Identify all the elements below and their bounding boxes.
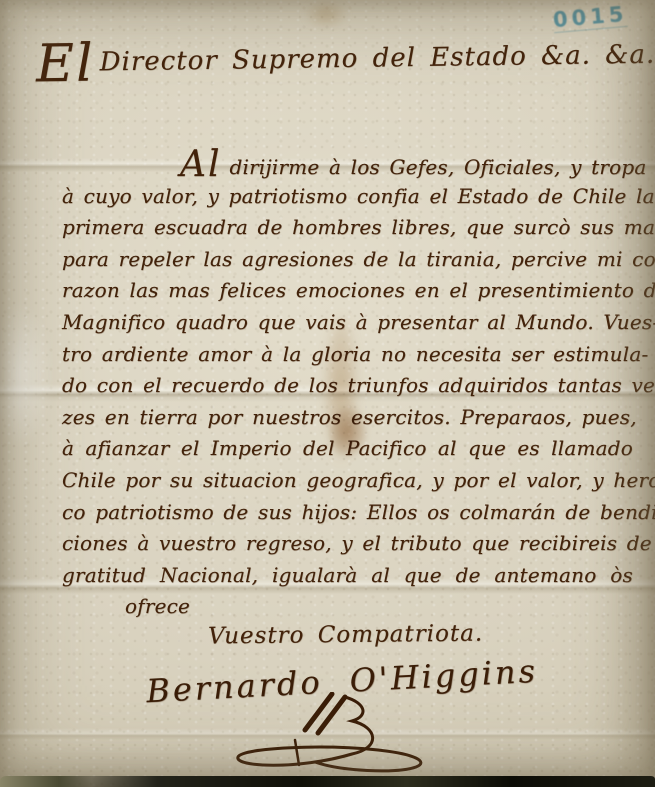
body-line-12: co patriotismo de sus hijos: Ellos os co…	[62, 497, 633, 529]
body-line-4: para repeler las agresiones de la tirani…	[62, 244, 633, 276]
archive-stamp-number: 0015	[552, 2, 628, 33]
body-line-2: à cuyo valor, y patriotismo confia el Es…	[62, 181, 633, 213]
body-line-13: ciones à vuestro regreso, y el tributo q…	[62, 528, 633, 560]
signature-rubric	[228, 692, 440, 778]
salutation-initial-word: Al	[180, 144, 222, 185]
body-line-15: ofrece	[62, 591, 633, 623]
title-text: Director Supremo del Estado &a. &a.	[99, 40, 655, 78]
closing-salutation: Vuestro Compatriota.	[208, 621, 483, 650]
body-line-5: razon las mas felices emociones en el pr…	[62, 275, 633, 307]
body-line-3: primera escuadra de hombres libres, que …	[62, 212, 633, 244]
body-line-6: Magnifico quadro que vais à presentar al…	[62, 307, 633, 339]
document-title: El Director Supremo del Estado &a. &a.	[36, 30, 655, 91]
letter-body: Aldirijirme à los Gefes, Oficiales, y tr…	[62, 149, 633, 623]
body-line-9: zes en tierra por nuestros esercitos. Pr…	[62, 402, 633, 434]
body-line-7: tro ardiente amor à la gloria no necesit…	[62, 339, 633, 371]
title-initial-letter: El	[36, 34, 95, 95]
body-line-14: gratitud Nacional, igualarà al que de an…	[62, 560, 633, 592]
body-line-1-text: dirijirme à los Gefes, Oficiales, y trop…	[230, 155, 647, 179]
body-line-11: Chile por su situacion geografica, y por…	[62, 465, 633, 497]
body-line-10: à afianzar el Imperio del Pacifico al qu…	[62, 433, 633, 465]
manuscript-page: 0015 El Director Supremo del Estado &a. …	[0, 0, 655, 787]
body-line-8: do con el recuerdo de los triunfos adqui…	[62, 370, 633, 402]
body-line-1: Aldirijirme à los Gefes, Oficiales, y tr…	[62, 149, 633, 181]
top-edge-stain	[296, 0, 356, 36]
scan-bottom-edge	[0, 776, 655, 787]
